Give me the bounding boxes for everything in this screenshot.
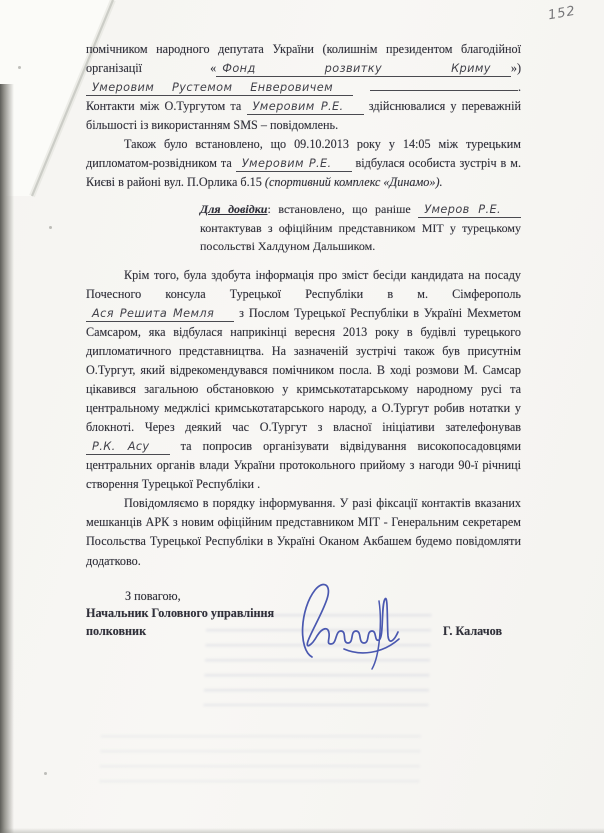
paragraph-2: Також було встановлено, що 09.10.2013 ро… — [86, 135, 521, 192]
paragraph-4: Повідомляємо в порядку інформування. У р… — [86, 494, 521, 570]
reference-note-label: Для довідки — [200, 202, 267, 216]
handwritten-callee-name: Р.К. Асу — [86, 440, 170, 455]
paragraph-3-text: з Послом Турецької Республіки в Україні … — [86, 306, 521, 434]
handwritten-candidate-name: Ася Решита Мемля — [86, 307, 234, 322]
scan-left-edge-shadow — [0, 84, 14, 833]
scan-speck — [49, 226, 52, 229]
handwritten-person-short-name: Умеровим Р.Е. — [236, 157, 352, 172]
reference-note: Для довідки: встановлено, що раніше Умер… — [200, 200, 521, 256]
scanned-document-page: 152 помічником народного депутата Україн… — [0, 0, 604, 833]
paragraph-3-text: Крім того, була здобута інформація про з… — [86, 268, 521, 301]
blank-underline — [370, 80, 518, 91]
handwritten-signature — [282, 575, 407, 675]
signer-name: Г. Калачов — [443, 622, 502, 641]
handwritten-page-number: 152 — [547, 4, 577, 24]
paragraph-1: помічником народного депутата України (к… — [86, 40, 521, 135]
handwritten-person-full-name: Умеровим Рустемом Енверовичем — [86, 81, 353, 96]
reference-note-text: : встановлено, що раніше — [267, 202, 418, 216]
scan-speck — [18, 66, 21, 69]
paragraph-1-text: ») — [511, 61, 521, 75]
reference-note-text: контактував з офіційним представником МІ… — [200, 221, 521, 254]
bleed-through-ghost-text — [99, 735, 421, 787]
handwritten-person-short-name: Умеровим Р.Е. — [247, 100, 364, 115]
paragraph-3: Крім того, була здобута інформація про з… — [86, 266, 521, 494]
scan-speck — [44, 772, 47, 775]
signer-title-line1: Начальник Головного управління — [86, 604, 274, 623]
scan-bottom-shadow — [0, 828, 604, 833]
handwritten-person-short-name: Умеров Р.Е. — [418, 203, 521, 218]
paragraph-2-italic-note: (спортивний комплекс «Динамо»). — [265, 175, 443, 189]
document-body: помічником народного депутата України (к… — [86, 40, 521, 707]
paragraph-4-text: Повідомляємо в порядку інформування. У р… — [86, 496, 521, 567]
handwritten-fund-name: Фонд розвитку Криму — [216, 62, 511, 77]
signature-section: З повагою, Начальник Головного управлінн… — [86, 587, 521, 707]
signer-title-line2: полковник — [86, 622, 146, 641]
